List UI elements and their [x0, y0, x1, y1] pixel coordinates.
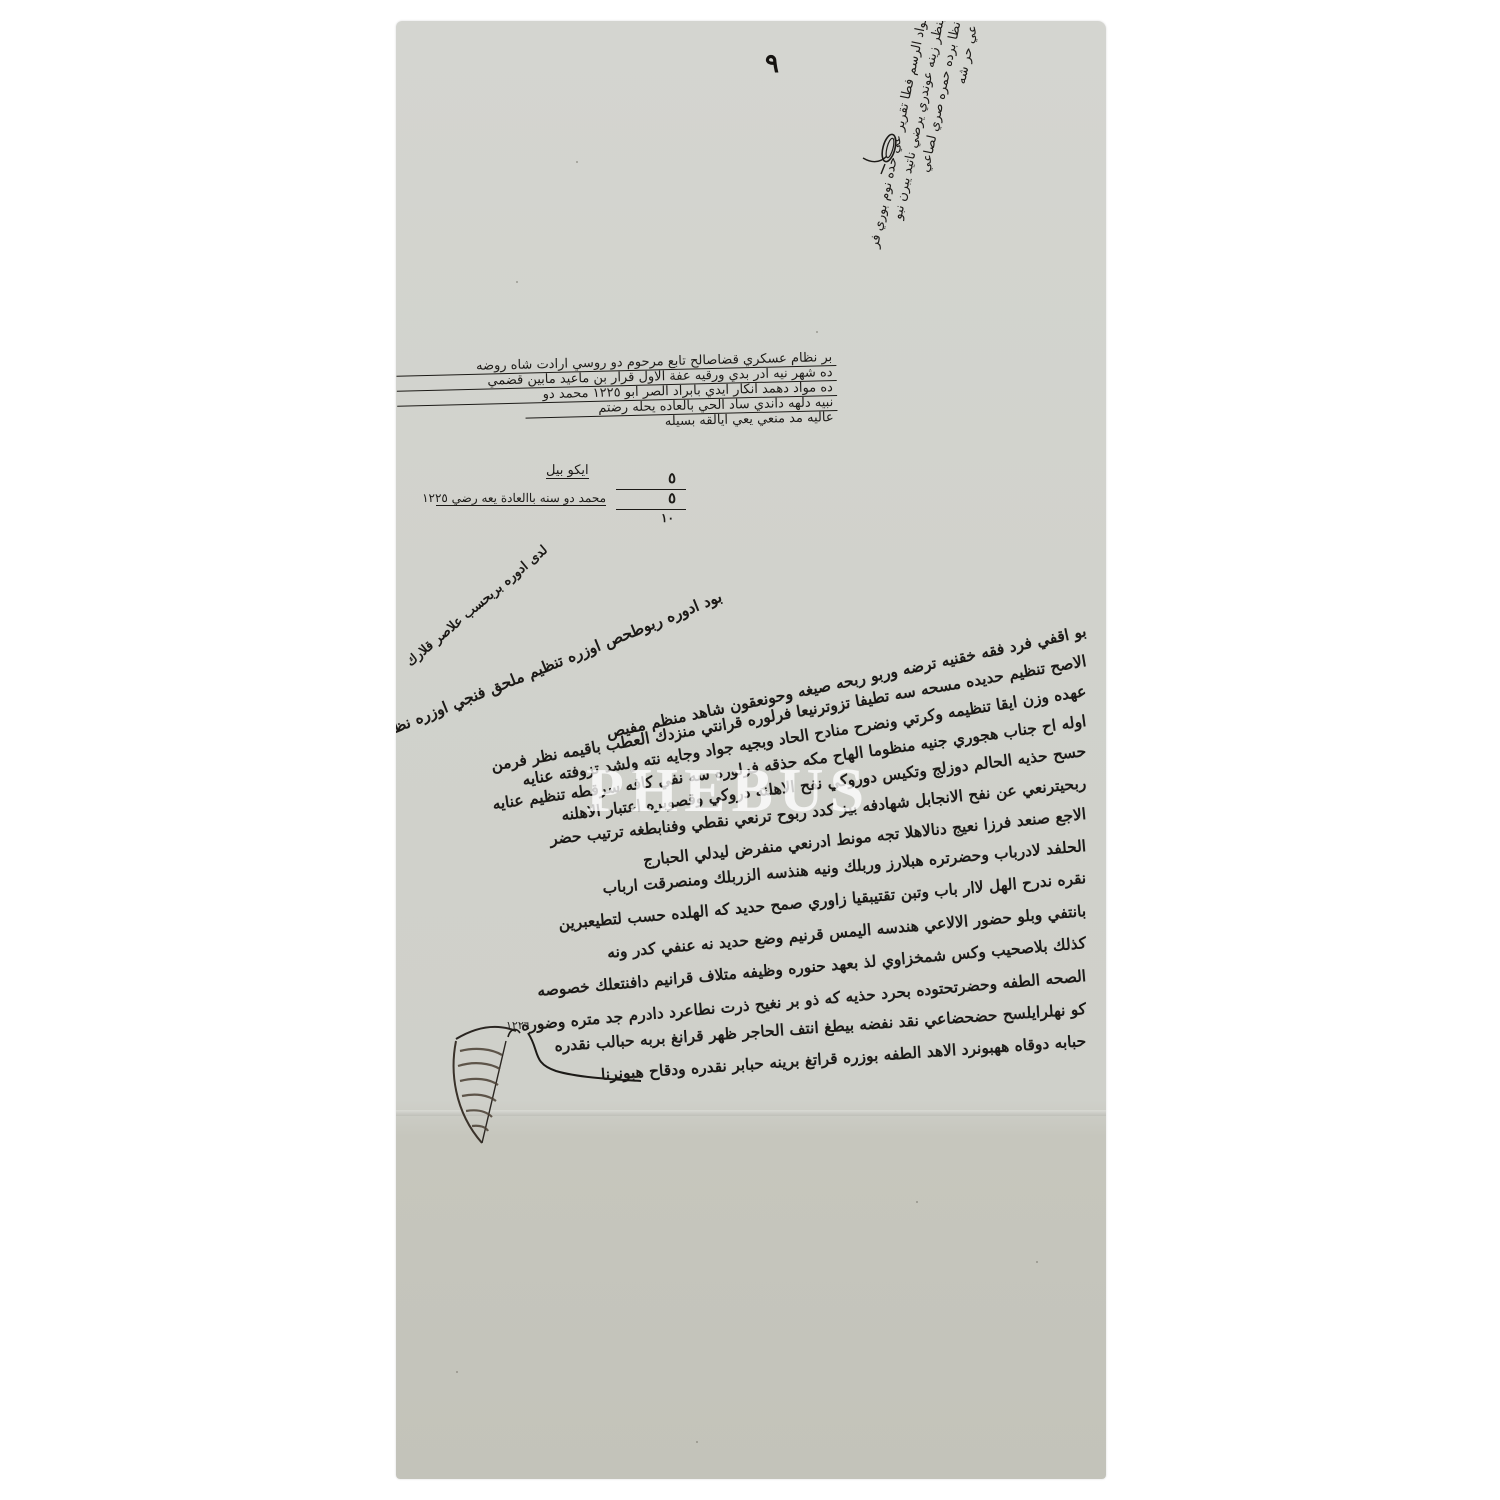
- paper-speck: [916, 1201, 918, 1203]
- paper-speck: [1036, 1261, 1038, 1263]
- paper-speck: [456, 1371, 458, 1373]
- phebus-watermark: PHEBUS: [586, 756, 870, 827]
- manuscript-page: ٩ مواد الرسم فطا تقرير عي حده نوم بوري ف…: [396, 21, 1106, 1479]
- document-body: لدى ادوره بربحسب علاصر قلارك بود ادوره ر…: [396, 21, 1106, 1121]
- seal-date: ١٢٢٦: [506, 1019, 530, 1032]
- large-tughra-seal-icon: ١٢٢٦: [436, 1011, 646, 1171]
- body-line: لدى ادوره بربحسب علاصر قلارك: [434, 543, 551, 644]
- paper-speck: [696, 1441, 698, 1443]
